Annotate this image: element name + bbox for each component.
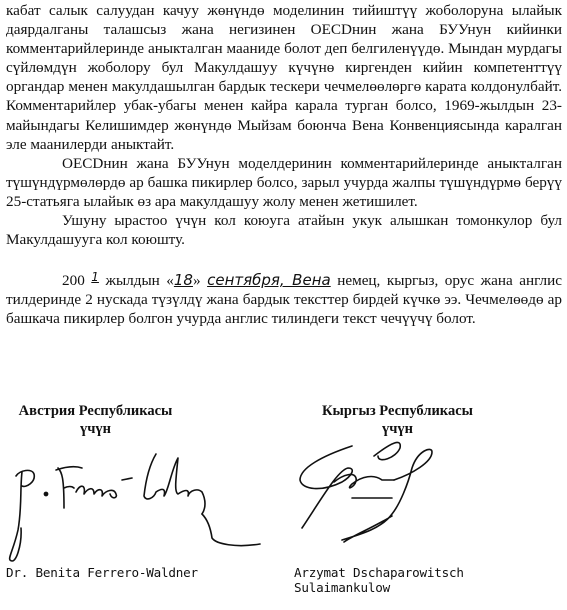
right-signatory-name: Arzymat Dschaparowitsch Sulaimankulow	[294, 565, 567, 595]
handwritten-day: 18	[174, 271, 193, 289]
date-text-2: »	[193, 272, 207, 289]
left-party-for: үчүн	[8, 420, 183, 438]
right-party-heading: Кыргыз Республикасы үчүн	[310, 402, 485, 438]
paragraph-2: OECDнин жана БУУнун моделдеринин коммент…	[6, 154, 562, 211]
year-prefix: 200	[62, 272, 85, 289]
date-text-1: жылдын «	[99, 272, 174, 289]
document-body: кабат салык салуудан качуу жөнүндө модел…	[6, 1, 562, 329]
date-paragraph: 200 1 жылдын «18» сентября, Вена немец, …	[6, 268, 562, 328]
right-party-for: үчүн	[310, 420, 485, 438]
left-signatory-name: Dr. Benita Ferrero-Waldner	[6, 565, 198, 580]
left-party-name: Австрия Республикасы	[8, 402, 183, 420]
right-party-name: Кыргыз Республикасы	[310, 402, 485, 420]
right-signature-icon	[282, 438, 482, 553]
handwritten-month-place: сентября, Вена	[207, 271, 331, 289]
paragraph-3: Ушуну ырастоо үчүн кол коюуга атайын уку…	[6, 211, 562, 249]
left-party-heading: Австрия Республикасы үчүн	[8, 402, 183, 438]
handwritten-year-digit: 1	[91, 270, 99, 284]
left-signature-icon	[6, 448, 266, 563]
paragraph-1: кабат салык салуудан качуу жөнүндө модел…	[6, 1, 562, 154]
